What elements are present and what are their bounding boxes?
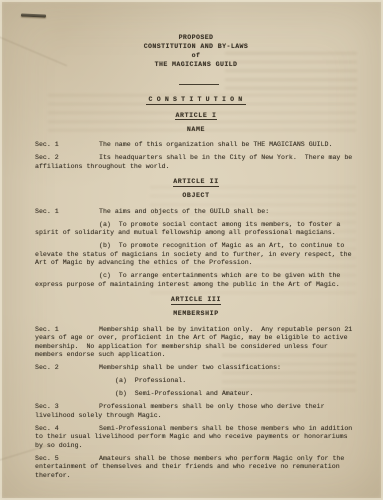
section-paragraph: Sec. 1The name of this organization shal… — [35, 141, 357, 150]
section-text: Membership shall be under two classifica… — [99, 364, 281, 371]
title-divider — [179, 84, 219, 85]
header-line: PROPOSED — [35, 33, 357, 42]
section-paragraph: Sec. 5Amateurs shall be those members wh… — [35, 455, 357, 481]
header-line: of — [35, 51, 357, 60]
section-paragraph: Sec. 3Professional members shall be only… — [35, 403, 357, 420]
classification-item: (b) Semi-Professional and Amateur. — [35, 390, 357, 399]
document-header: PROPOSED CONSTITUTION AND BY-LAWS of THE… — [35, 33, 357, 69]
section-text: Semi-Professional members shall be those… — [35, 425, 356, 449]
clause-text: (b) To promote recognition of Magic as a… — [35, 242, 356, 266]
section-label: Sec. 2 — [35, 364, 59, 373]
section-text: The aims and objects of the GUILD shall … — [99, 208, 269, 215]
section-label: Sec. 3 — [35, 403, 59, 412]
classification-text: (a) Professional. — [115, 377, 186, 384]
clause-text: (c) To arrange entertainments which are … — [35, 272, 344, 288]
article-1: ARTICLE I NAME Sec. 1The name of this or… — [35, 112, 357, 172]
document-page: PROPOSED CONSTITUTION AND BY-LAWS of THE… — [0, 0, 383, 500]
section-paragraph: Sec. 2Membership shall be under two clas… — [35, 364, 357, 373]
header-line: THE MAGICIANS GUILD — [35, 60, 357, 69]
clause-paragraph: (b) To promote recognition of Magic as a… — [35, 242, 357, 268]
section-label: Sec. 1 — [35, 326, 59, 335]
clause-text: (a) To promote social contact among its … — [35, 221, 344, 237]
clause-paragraph: (a) To promote social contact among its … — [35, 221, 357, 238]
section-label: Sec. 5 — [35, 455, 59, 464]
section-paragraph: Sec. 1The aims and objects of the GUILD … — [35, 208, 357, 217]
section-label: Sec. 1 — [35, 141, 59, 150]
article-heading: ARTICLE I — [175, 112, 216, 121]
article-heading-row: ARTICLE I — [35, 112, 357, 121]
section-text: Amateurs shall be those members who perf… — [35, 455, 348, 479]
section-text: The name of this organization shall be T… — [99, 141, 332, 148]
article-heading-row: ARTICLE III — [35, 296, 357, 305]
section-paragraph: Sec. 2Its headquarters shall be in the C… — [35, 154, 357, 171]
article-heading-row: ARTICLE II — [35, 178, 357, 187]
article-3: ARTICLE III MEMBERSHIP Sec. 1Membership … — [35, 296, 357, 480]
article-subheading: MEMBERSHIP — [35, 310, 357, 319]
section-text: Professional members shall be only those… — [35, 403, 329, 419]
section-label: Sec. 1 — [35, 208, 59, 217]
document-title-row: CONSTITUTION — [35, 96, 357, 105]
section-text: Its headquarters shall be in the City of… — [35, 154, 356, 170]
article-subheading: OBJECT — [35, 192, 357, 201]
article-subheading: NAME — [35, 126, 357, 135]
classification-item: (a) Professional. — [35, 377, 357, 386]
article-2: ARTICLE II OBJECT Sec. 1The aims and obj… — [35, 178, 357, 289]
classification-text: (b) Semi-Professional and Amateur. — [115, 390, 254, 397]
document-title: CONSTITUTION — [146, 96, 247, 105]
section-paragraph: Sec. 4Semi-Professional members shall be… — [35, 425, 357, 451]
staple — [21, 13, 46, 17]
clause-paragraph: (c) To arrange entertainments which are … — [35, 272, 357, 289]
article-heading: ARTICLE III — [171, 296, 221, 305]
header-line: CONSTITUTION AND BY-LAWS — [35, 42, 357, 51]
section-paragraph: Sec. 1Membership shall be by invitation … — [35, 326, 357, 360]
section-label: Sec. 2 — [35, 154, 59, 163]
section-text: Membership shall be by invitation only. … — [35, 326, 356, 359]
section-label: Sec. 4 — [35, 425, 59, 434]
article-heading: ARTICLE II — [173, 178, 219, 187]
